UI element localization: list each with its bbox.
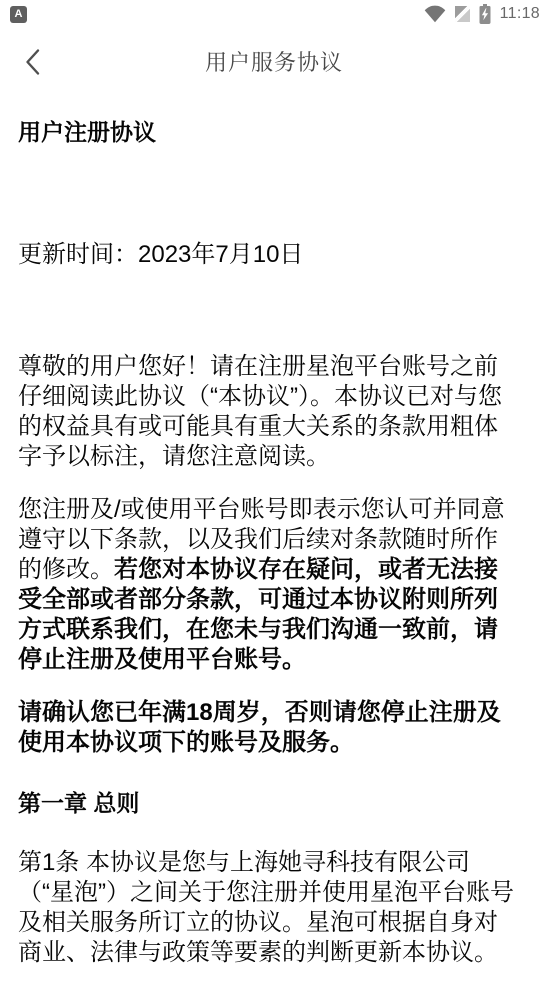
paragraph-article1: 第1条 本协议是您与上海她寻科技有限公司（“星泡”）之间关于您注册并使用星泡平台… (18, 848, 516, 968)
notification-icon: A (10, 6, 27, 23)
paragraph-consent: 您注册及/或使用平台账号即表示您认可并同意遵守以下条款，以及我们后续对条款随时所… (18, 495, 516, 675)
paragraph-intro: 尊敬的用户您好！请在注册星泡平台账号之前仔细阅读此协议（“本协议”）。本协议已对… (18, 352, 516, 472)
status-bar: A 11:18 (0, 0, 548, 28)
no-signal-icon (455, 6, 470, 22)
status-time: 11:18 (500, 5, 540, 23)
screen: A 11:18 用户服务协议 用户注册协议 更新时间：2 (0, 0, 548, 991)
doc-title: 用户注册协议 (18, 117, 516, 147)
wifi-icon (424, 5, 446, 23)
battery-charging-icon (479, 4, 491, 24)
notification-icon-letter: A (15, 9, 23, 20)
no-signal-icon-shape (455, 6, 470, 22)
agreement-content[interactable]: 用户注册协议 更新时间：2023年7月10日 尊敬的用户您好！请在注册星泡平台账… (0, 117, 516, 968)
back-chevron-icon (25, 48, 40, 76)
update-time: 更新时间：2023年7月10日 (18, 240, 516, 270)
chapter-heading: 第一章 总则 (18, 788, 516, 818)
paragraph-age-requirement: 请确认您已年满18周岁，否则请您停止注册及使用本协议项下的账号及服务。 (18, 698, 516, 758)
nav-bar: 用户服务协议 (0, 28, 548, 95)
back-button[interactable] (14, 42, 50, 82)
page-title: 用户服务协议 (0, 46, 548, 77)
